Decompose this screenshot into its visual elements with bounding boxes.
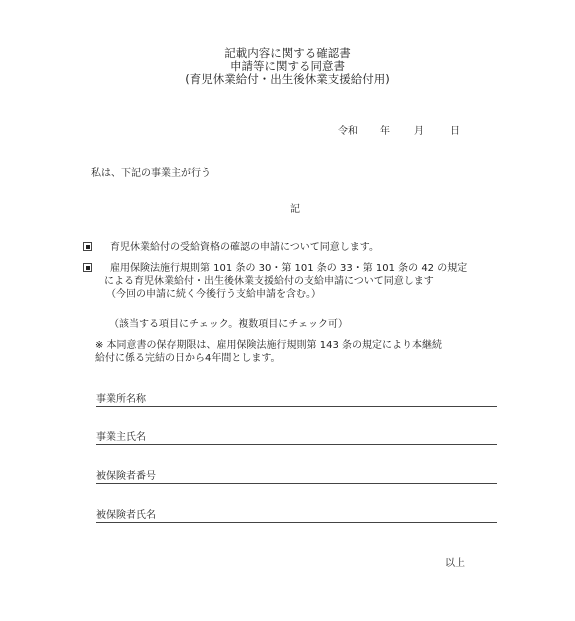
date-era: 令和 [338,125,358,138]
consent-2-line2: による育児休業給付・出生後休業支援給付の支給申請について同意します [104,275,434,288]
field-insured-number[interactable]: 被保険者番号 [96,469,497,484]
field-insured-number-label: 被保険者番号 [96,467,156,482]
field-office-name[interactable]: 事業所名称 [96,392,497,407]
field-employer-name-label: 事業主氏名 [96,428,146,443]
checkbox-consent-2[interactable] [83,263,92,272]
field-office-name-label: 事業所名称 [96,390,146,405]
date-month: 月 [414,125,424,138]
date-year: 年 [380,125,390,138]
consent-1-text: 育児休業給付の受給資格の確認の申請について同意します。 [110,241,379,254]
consent-2-line1: 雇用保険法施行規則第 101 条の 30・第 101 条の 33・第 101 条… [110,262,467,275]
field-employer-name[interactable]: 事業主氏名 [96,430,497,445]
document-title-line3: (育児休業給付・出生後休業支援給付用) [0,72,575,87]
date-day: 日 [450,125,460,138]
checkbox-consent-1[interactable] [83,242,92,251]
field-insured-name[interactable]: 被保険者氏名 [96,508,497,523]
consent-2-line3: （今回の申請に続く今後行う支給申請を含む。） [106,288,321,301]
closing-text: 以上 [445,557,465,570]
retention-note-line1: ※ 本同意書の保存期限は、雇用保険法施行規則第 143 条の規定により本継続 [95,339,442,352]
field-insured-name-label: 被保険者氏名 [96,506,156,521]
intro-text: 私は、下記の事業主が行う [91,167,211,180]
ki-heading: 記 [290,203,300,216]
check-instruction: （該当する項目にチェック。複数項目にチェック可） [109,318,348,331]
retention-note-line2: 給付に係る完結の日から4年間とします。 [95,352,281,365]
